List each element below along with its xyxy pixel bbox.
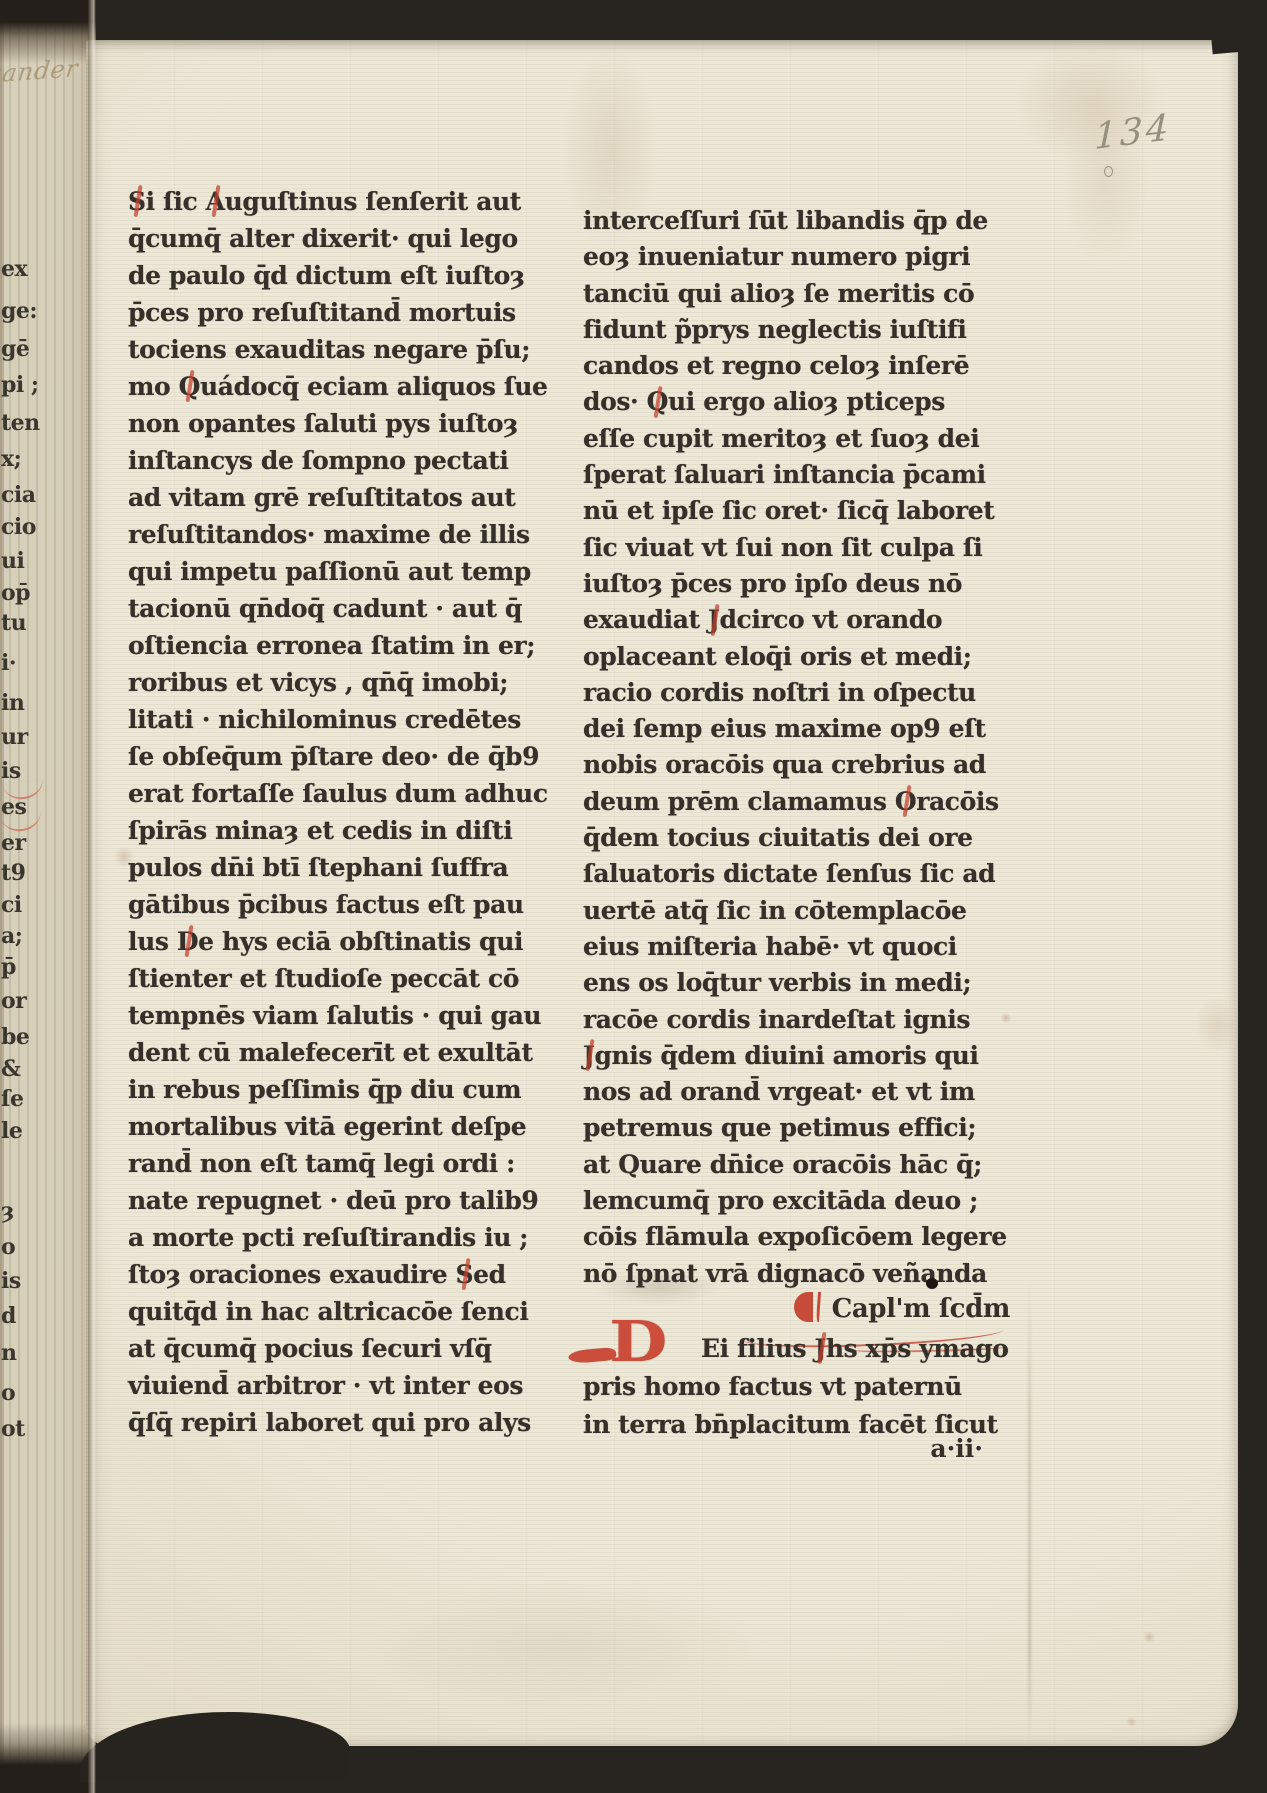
text-line: tociens exauditas negare p̄ſu; xyxy=(128,331,568,368)
margin-fragment: o xyxy=(1,1236,15,1258)
text-line: deum prēm clamamus Oracōis xyxy=(583,784,1023,820)
text-line: rand̄ non eſt tamq̄ legi ordi : xyxy=(128,1145,568,1182)
text-line: qui impetu paſſionū aut temp xyxy=(128,553,568,590)
margin-fragment: ȝ xyxy=(1,1200,14,1222)
text-line: non opantes ſaluti pys iuſtoȝ xyxy=(128,405,568,442)
page-crease xyxy=(1028,1280,1031,1746)
text-line: dei ſemp eius maxime op9 eſt xyxy=(583,711,1023,747)
margin-fragment: tu xyxy=(1,612,26,634)
corner-chip xyxy=(1211,37,1242,55)
text-line: Jgnis q̄dem diuini amoris qui xyxy=(583,1038,1023,1074)
text-line: in rebus peſſimis q̄p diu cum xyxy=(128,1071,568,1108)
text-line: ens os loq̄tur verbis in medi; xyxy=(583,965,1023,1001)
text-line: q̄cumq̄ alter dixerit· qui lego xyxy=(128,220,568,257)
text-line: tacionū qn̄doq̄ cadunt · aut q̄ xyxy=(128,590,568,627)
text-line: q̄dem tocius ciuitatis dei ore xyxy=(583,820,1023,856)
text-line: dos· Qui ergo alioȝ pticeps xyxy=(583,384,1023,420)
text-line: candos et regno celoȝ inſerē xyxy=(583,348,1023,384)
text-line: oplaceant eloq̄i oris et medi; xyxy=(583,639,1023,675)
text-line: nū et ipſe ſic oret· ſicq̄ laboret xyxy=(583,493,1023,529)
text-line: exaudiat Jdcirco vt orando xyxy=(583,602,1023,638)
text-line: fidunt p̃prys neglectis iuſtifi xyxy=(583,312,1023,348)
text-line: p̄ces pro reſuſtitand̄ mortuis xyxy=(128,294,568,331)
chapter-heading-label: Capl'm ſcd̄m xyxy=(832,1294,1010,1324)
text-line: litati · nichilominus credētes xyxy=(128,701,568,738)
text-line: eſſe cupit meritoȝ et ſuoȝ dei xyxy=(583,421,1023,457)
rubricated-capital: S xyxy=(456,1260,474,1289)
text-line: Ei filius Jhs xp̄s ymago xyxy=(583,1330,1023,1368)
margin-fragment: a; xyxy=(1,925,22,947)
margin-fragment: d xyxy=(1,1305,16,1327)
text-line: q̄ſq̄ repiri laboret qui pro alys xyxy=(128,1404,568,1441)
margin-fragment: is xyxy=(1,1270,21,1292)
margin-fragment: ex xyxy=(1,258,27,280)
text-line: lus De hys eciā obſtinatis qui xyxy=(128,923,568,960)
margin-fragment: is xyxy=(1,760,21,782)
text-line: tanciū qui alioȝ ſe meritis cō xyxy=(583,276,1023,312)
margin-fragment: ten xyxy=(1,412,40,434)
text-line: cōis flāmula expoſicōem legere xyxy=(583,1219,1023,1255)
text-line: interceſſuri ſūt libandis q̄p de xyxy=(583,203,1023,239)
rubricated-capital: S xyxy=(128,187,146,216)
text-line: reſuſtitandos· maxime de illis xyxy=(128,516,568,553)
text-line: ſpirās minaȝ et cedis in diſti xyxy=(128,812,568,849)
text-line: erat fortaſſe ſaulus dum adhuc xyxy=(128,775,568,812)
text-line: ad vitam grē reſuſtitatos aut xyxy=(128,479,568,516)
text-line: ſe obſeq̄um p̄ſtare deo· de q̄b9 xyxy=(128,738,568,775)
text-line: eoȝ inueniatur numero pigri xyxy=(583,239,1023,275)
text-line: oſtiencia erronea ſtatim in er; xyxy=(128,627,568,664)
paraph-icon xyxy=(794,1292,828,1322)
margin-fragment: o xyxy=(1,1382,15,1404)
text-line: mortalibus vitā egerint deſpe xyxy=(128,1108,568,1145)
text-line: de paulo q̄d dictum eſt iuſtoȝ xyxy=(128,257,568,294)
margin-fragment: ſe xyxy=(1,1088,23,1110)
text-line: petremus que petimus effici; xyxy=(583,1110,1023,1146)
text-line: ſic viuat vt ſui non ſit culpa ſi xyxy=(583,530,1023,566)
margin-fragment: le xyxy=(1,1120,22,1142)
margin-fragment: & xyxy=(1,1058,20,1080)
margin-fragment: p̄ xyxy=(1,956,16,978)
margin-fragment: i· xyxy=(1,652,16,674)
text-line: mo Quádocq̄ eciam aliquos ſue xyxy=(128,368,568,405)
text-column-right: interceſſuri ſūt libandis q̄p deeoȝ inue… xyxy=(583,203,1023,1292)
margin-fragment: cio xyxy=(1,516,36,538)
margin-fragment: cia xyxy=(1,484,36,506)
text-line: at q̄cumq̄ pocius ſecuri vſq̄ xyxy=(128,1330,568,1367)
text-line: lemcumq̄ pro excitāda deuo ; xyxy=(583,1183,1023,1219)
rubricated-capital: A xyxy=(206,187,225,216)
text-line: racōe cordis inardeſtat ignis xyxy=(583,1002,1023,1038)
text-line: roribus et vicys , qn̄q̄ imobi; xyxy=(128,664,568,701)
ink-blot xyxy=(926,1278,938,1289)
text-line: viuiend̄ arbitror · vt inter eos xyxy=(128,1367,568,1404)
text-line: nō ſpnat vrā dignacō veñanda xyxy=(583,1256,1023,1292)
margin-fragment: ur xyxy=(1,726,28,748)
margin-fragment: pi ; xyxy=(1,374,39,396)
margin-fragment: op̄ xyxy=(1,582,30,604)
text-line: pris homo factus vt paternū xyxy=(583,1368,1023,1406)
text-line: tempnēs viam ſalutis · qui gau xyxy=(128,997,568,1034)
gutter-crease xyxy=(88,0,96,1793)
margin-fragment: ot xyxy=(1,1418,25,1440)
text-line: pulos dn̄i btī ſtephani ſuffra xyxy=(128,849,568,886)
text-line: eius miſteria habē· vt quoci xyxy=(583,929,1023,965)
text-line: a morte pcti reſuſtirandis iu ; xyxy=(128,1219,568,1256)
rubricated-capital: J xyxy=(814,1334,825,1363)
text-line: quitq̄d in hac altricacōe ſenci xyxy=(128,1293,568,1330)
text-line: ſtoȝ oraciones exaudire Sed xyxy=(128,1256,568,1293)
quire-signature: a·ii· xyxy=(583,1434,983,1463)
text-line: at Quare dn̄ice oracōis hāc q̄; xyxy=(583,1147,1023,1183)
text-line: uertē atq̄ ſic in cōtemplacōe xyxy=(583,893,1023,929)
rubricated-capital: Q xyxy=(647,387,668,416)
text-line: racio cordis noſtri in oſpectu xyxy=(583,675,1023,711)
pencil-dot-mark xyxy=(1104,166,1113,177)
text-line: inſtancys de ſompno pectati xyxy=(128,442,568,479)
margin-fragment: n xyxy=(1,1342,17,1364)
rubricated-capital: J xyxy=(583,1041,594,1070)
text-line: nate repugnet · deū pro talib9 xyxy=(128,1182,568,1219)
margin-fragment: ci xyxy=(1,894,22,916)
text-line: nobis oracōis qua crebrius ad xyxy=(583,747,1023,783)
margin-fragment: x; xyxy=(1,448,21,470)
margin-fragment: or xyxy=(1,990,26,1012)
text-line: ſaluatoris dictate ſenſus ſic ad xyxy=(583,856,1023,892)
text-line: gātibus p̄cibus factus eſt pau xyxy=(128,886,568,923)
chapter-opening-lines: Ei filius Jhs xp̄s ymagopris homo factus… xyxy=(583,1330,1023,1444)
rubricated-capital: Q xyxy=(179,372,200,401)
text-line: iuſtoȝ p̄ces pro ipſo deus nō xyxy=(583,566,1023,602)
margin-fragment: ge: xyxy=(1,300,37,322)
text-line: Si ſic Auguſtinus ſenſerit aut xyxy=(128,183,568,220)
margin-fragment: gē xyxy=(1,338,29,360)
margin-fragment: be xyxy=(1,1026,29,1048)
scanned-book-page: xander 134 exge:gēpi ;tenx;ciaciouiop̄tu… xyxy=(0,0,1267,1793)
margin-fragment: in xyxy=(1,692,24,714)
rubricated-capital: D xyxy=(177,927,198,956)
margin-fragment: t9 xyxy=(1,862,25,884)
text-line: nos ad orand̄ vrgeat· et vt im xyxy=(583,1074,1023,1110)
text-line: ſtienter et ſtudioſe peccāt cō xyxy=(128,960,568,997)
margin-fragment: er xyxy=(1,832,26,854)
rubricated-capital: J xyxy=(708,605,719,634)
text-line: ſperat ſaluari inſtancia p̄cami xyxy=(583,457,1023,493)
margin-fragment: ui xyxy=(1,550,24,572)
rubricated-capital: O xyxy=(895,787,916,816)
text-line: dent cū malefecerīt et exultāt xyxy=(128,1034,568,1071)
text-column-left: Si ſic Auguſtinus ſenſerit autq̄cumq̄ al… xyxy=(128,183,568,1441)
